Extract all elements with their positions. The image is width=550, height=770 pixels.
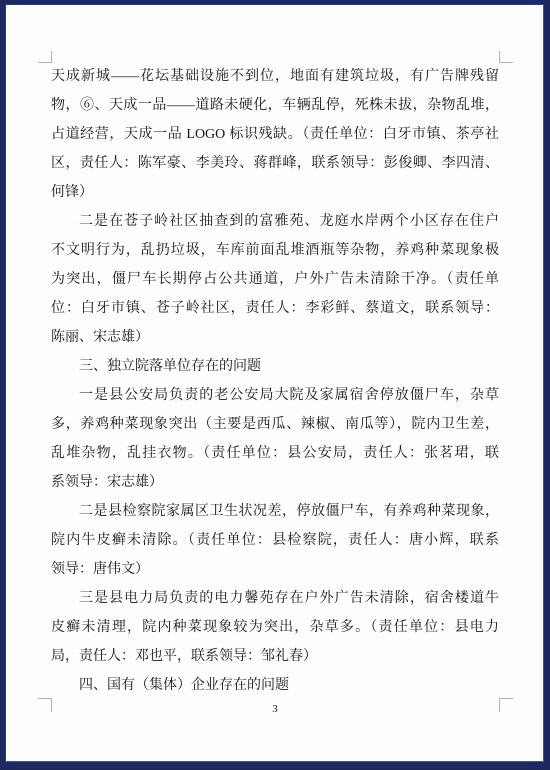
text-line: 物，⑥、天成一品——道路未硬化，车辆乱停，死株未拔，杂物乱堆，: [51, 91, 499, 120]
document-body[interactable]: 天成新城——花坛基础设施不到位，地面有建筑垃圾，有广告牌残留物，⑥、天成一品——…: [51, 62, 499, 700]
text-line: 四、国有（集体）企业存在的问题: [51, 671, 499, 700]
margin-crop-mark-top-left: [38, 51, 52, 63]
text-line: 院内牛皮癣未清除。（责任单位：县检察院，责任人：唐小辉，联系: [51, 526, 499, 555]
text-line: 天成新城——花坛基础设施不到位，地面有建筑垃圾，有广告牌残留: [51, 62, 499, 91]
text-line: 领导：唐伟文）: [51, 555, 499, 584]
text-line: 三、独立院落单位存在的问题: [51, 352, 499, 381]
text-line: 一是县公安局负责的老公安局大院及家属宿舍停放僵尸车，杂草: [51, 381, 499, 410]
page-number: 3: [51, 702, 499, 716]
text-line: 不文明行为，乱扔垃圾，车库前面乱堆酒瓶等杂物，养鸡种菜现象极: [51, 236, 499, 265]
text-line: 三是县电力局负责的电力馨苑存在户外广告未清除，宿舍楼道牛: [51, 584, 499, 613]
text-line: 多，养鸡种菜现象突出（主要是西瓜、辣椒、南瓜等），院内卫生差，: [51, 410, 499, 439]
text-line: 二是在苍子岭社区抽查到的富雅苑、龙庭水岸两个小区存在住户: [51, 207, 499, 236]
margin-crop-mark-bottom-left: [38, 698, 52, 712]
text-line: 为突出，僵尸车长期停占公共通道，户外广告未清除干净。（责任单: [51, 265, 499, 294]
text-line: 乱堆杂物，乱挂衣物。（责任单位：县公安局，责任人：张茗珺，联: [51, 439, 499, 468]
text-line: 二是县检察院家属区卫生状况差，停放僵尸车，有养鸡种菜现象，: [51, 497, 499, 526]
text-line: 陈丽、宋志雄）: [51, 323, 499, 352]
text-line: 区，责任人：陈军豪、李美玲、蒋群峰，联系领导：彭俊卿、李四清、: [51, 149, 499, 178]
text-line: 系领导：宋志雄）: [51, 468, 499, 497]
text-line: 位：白牙市镇、苍子岭社区，责任人：李彩鲜、蔡道文，联系领导：: [51, 294, 499, 323]
text-line: 何锋）: [51, 178, 499, 207]
text-line: 局，责任人：邓也平，联系领导：邹礼春）: [51, 642, 499, 671]
margin-crop-mark-top-right: [499, 51, 513, 63]
text-line: 占道经营，天成一品 LOGO 标识残缺。（责任单位：白牙市镇、茶亭社: [51, 120, 499, 149]
text-line: 皮癣未清理，院内种菜现象较为突出，杂草多。（责任单位：县电力: [51, 613, 499, 642]
margin-crop-mark-bottom-right: [499, 698, 513, 712]
document-viewport: { "page": { "background_color": "#fdfdfd…: [0, 0, 550, 770]
